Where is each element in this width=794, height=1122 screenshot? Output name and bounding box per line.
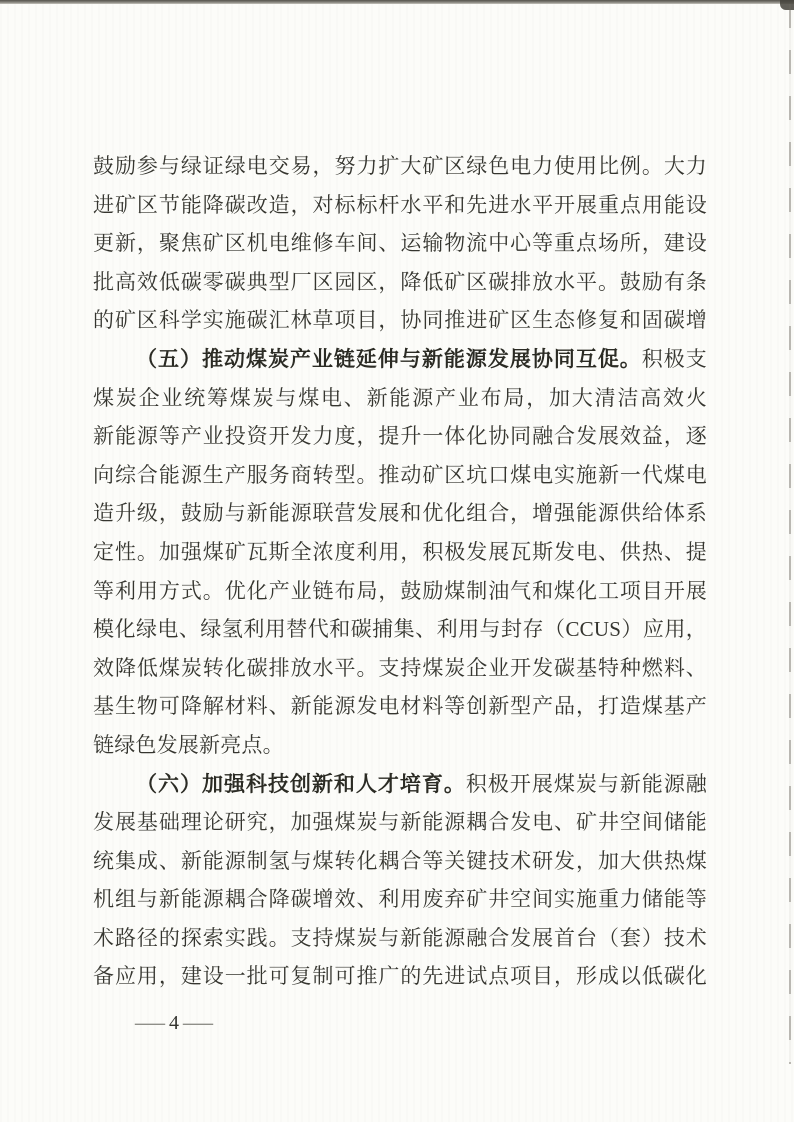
body-line: 发展基础理论研究，加强煤炭与新能源耦合发电、矿井空间储能系 [93, 803, 707, 842]
document-body: 鼓励参与绿证绿电交易，努力扩大矿区绿色电力使用比例。大力推 进矿区节能降碳改造，… [93, 147, 707, 996]
page-number-dash-left: — [135, 1012, 165, 1035]
scan-edge-top [0, 0, 794, 4]
body-line: 等利用方式。优化产业链布局，鼓励煤制油气和煤化工项目开展规 [93, 572, 707, 611]
body-line: 批高效低碳零碳典型厂区园区，降低矿区碳排放水平。鼓励有条件 [93, 263, 707, 302]
document-page: 鼓励参与绿证绿电交易，努力扩大矿区绿色电力使用比例。大力推 进矿区节能降碳改造，… [0, 0, 794, 1122]
section-5-heading-line: （五）推动煤炭产业链延伸与新能源发展协同互促。积极支持 [93, 340, 707, 379]
body-line: 煤炭企业统筹煤炭与煤电、新能源产业布局，加大清洁高效火电、 [93, 379, 707, 418]
body-line: 效降低煤炭转化碳排放水平。支持煤炭企业开发碳基特种燃料、煤 [93, 649, 707, 688]
body-line: 模化绿电、绿氢利用替代和碳捕集、利用与封存（CCUS）应用，有 [93, 610, 707, 649]
section-6-heading-line: （六）加强科技创新和人才培育。积极开展煤炭与新能源融合 [93, 765, 707, 804]
section-5-heading: （五）推动煤炭产业链延伸与新能源发展协同互促。 [136, 347, 642, 371]
body-line: 链绿色发展新亮点。 [93, 726, 707, 765]
body-line: 术路径的探索实践。支持煤炭与新能源融合发展首台（套）技术装 [93, 919, 707, 958]
body-line: 更新，聚焦矿区机电维修车间、运输物流中心等重点场所，建设一 [93, 224, 707, 263]
page-number-dash-right: — [183, 1012, 213, 1035]
body-line: 统集成、新能源制氢与煤转化耦合等关键技术研发，加大供热煤电 [93, 842, 707, 881]
scan-corner-artifact [780, 0, 794, 10]
page-number-value: 4 [169, 1012, 179, 1035]
body-line: 基生物可降解材料、新能源发电材料等创新型产品，打造煤基产业 [93, 687, 707, 726]
body-line: 鼓励参与绿证绿电交易，努力扩大矿区绿色电力使用比例。大力推 [93, 147, 707, 186]
section-6-heading: （六）加强科技创新和人才培育。 [136, 772, 466, 796]
body-line: 向综合能源生产服务商转型。推动矿区坑口煤电实施新一代煤电改 [93, 456, 707, 495]
body-line: 定性。加强煤矿瓦斯全浓度利用，积极发展瓦斯发电、供热、提纯 [93, 533, 707, 572]
body-line: 的矿区科学实施碳汇林草项目，协同推进矿区生态修复和固碳增汇。 [93, 301, 707, 340]
body-line: 机组与新能源耦合降碳增效、利用废弃矿井空间实施重力储能等技 [93, 880, 707, 919]
body-line: 进矿区节能降碳改造，对标标杆水平和先进水平开展重点用能设备 [93, 186, 707, 225]
body-line: 备应用，建设一批可复制可推广的先进试点项目，形成以低碳化为 [93, 957, 707, 996]
body-line: 造升级，鼓励与新能源联营发展和优化组合，增强能源供给体系稳 [93, 494, 707, 533]
scan-edge-right [789, 4, 791, 1064]
body-line: 新能源等产业投资开发力度，提升一体化协同融合发展效益，逐步 [93, 417, 707, 456]
page-number: — 4 — [131, 1006, 217, 1040]
